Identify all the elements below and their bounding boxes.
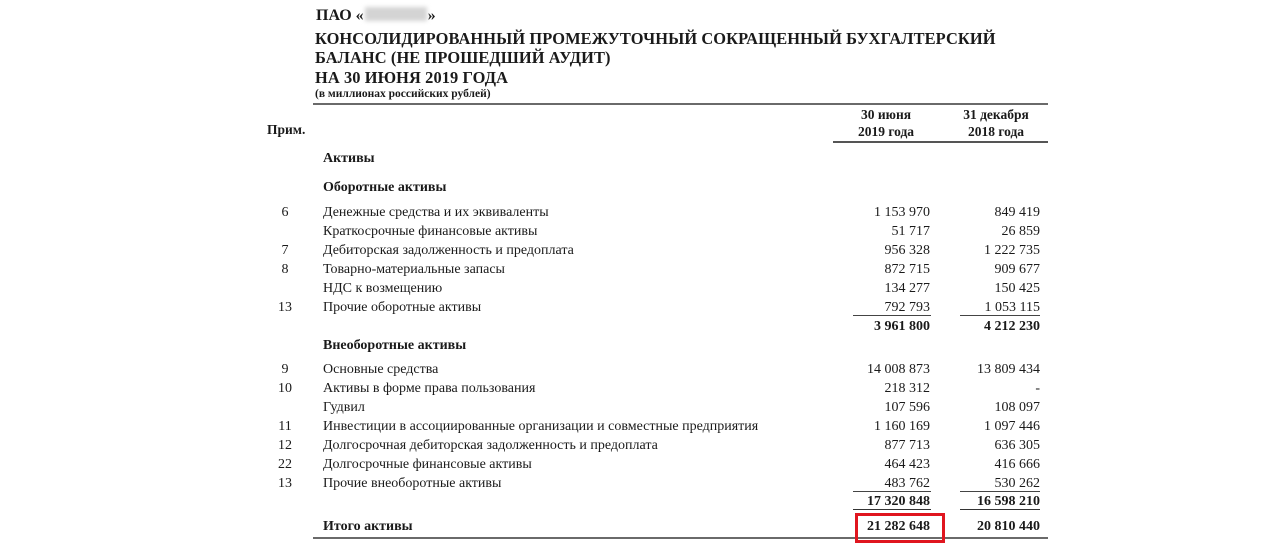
table-row: 8Товарно-материальные запасы872 715909 6… xyxy=(260,260,1060,279)
table-row: 7Дебиторская задолженность и предоплата9… xyxy=(260,241,1060,260)
note-number: 12 xyxy=(260,436,310,455)
table-row: 6Денежные средства и их эквиваленты1 153… xyxy=(260,203,1060,222)
value-jun-2019: 134 277 xyxy=(840,279,930,298)
table-row: 9Основные средства14 008 87313 809 434 xyxy=(260,360,1060,379)
value-jun-2019: 1 153 970 xyxy=(840,203,930,222)
note-number: 7 xyxy=(260,241,310,260)
subtotal-row: 3 961 8004 212 230 xyxy=(260,317,1060,336)
note-number: 6 xyxy=(260,203,310,222)
row-label: Денежные средства и их эквиваленты xyxy=(323,203,549,222)
value-dec-2018: 1 097 446 xyxy=(950,417,1040,436)
value-jun-2019: 464 423 xyxy=(840,455,930,474)
row-label: Итого активы xyxy=(323,517,413,536)
value-dec-2018: 636 305 xyxy=(950,436,1040,455)
table-row: 13Прочие оборотные активы792 7931 053 11… xyxy=(260,298,1060,317)
value-jun-2019: 14 008 873 xyxy=(840,360,930,379)
row-label: Прочие внеоборотные активы xyxy=(323,474,501,493)
row-label: Оборотные активы xyxy=(323,178,446,197)
row-label: Долгосрочные финансовые активы xyxy=(323,455,532,474)
row-label: Инвестиции в ассоциированные организации… xyxy=(323,417,758,436)
report-title-line-2: БАЛАНС (НЕ ПРОШЕДШИЙ АУДИТ) xyxy=(315,48,611,68)
note-number: 9 xyxy=(260,360,310,379)
note-number: 8 xyxy=(260,260,310,279)
row-label: Внеоборотные активы xyxy=(323,336,466,355)
value-jun-2019: 3 961 800 xyxy=(840,317,930,336)
value-dec-2018: 20 810 440 xyxy=(950,517,1040,536)
report-title-line-3: НА 30 ИЮНЯ 2019 ГОДА xyxy=(315,68,508,88)
note-number: 10 xyxy=(260,379,310,398)
value-dec-2018: 849 419 xyxy=(950,203,1040,222)
section-heading-row: Внеоборотные активы xyxy=(260,336,1060,355)
row-label: Дебиторская задолженность и предоплата xyxy=(323,241,574,260)
table-row: Гудвил107 596108 097 xyxy=(260,398,1060,417)
table-row: 10Активы в форме права пользования218 31… xyxy=(260,379,1060,398)
company-name: ПАО «» xyxy=(316,7,436,25)
row-label: Прочие оборотные активы xyxy=(323,298,481,317)
total-underline xyxy=(853,509,931,510)
row-label: Товарно-материальные запасы xyxy=(323,260,505,279)
row-label: Основные средства xyxy=(323,360,438,379)
note-column-header: Прим. xyxy=(267,122,305,138)
column-header-line1: 30 июня xyxy=(831,106,941,123)
total-underline xyxy=(960,509,1040,510)
value-jun-2019: 956 328 xyxy=(840,241,930,260)
value-dec-2018: 1 222 735 xyxy=(950,241,1040,260)
value-jun-2019: 872 715 xyxy=(840,260,930,279)
table-row: НДС к возмещению134 277150 425 xyxy=(260,279,1060,298)
company-prefix: ПАО « xyxy=(316,7,364,24)
value-jun-2019: 877 713 xyxy=(840,436,930,455)
value-jun-2019: 1 160 169 xyxy=(840,417,930,436)
note-number: 22 xyxy=(260,455,310,474)
table-row: 12Долгосрочная дебиторская задолженность… xyxy=(260,436,1060,455)
subtotal-row: 17 320 84816 598 210 xyxy=(260,492,1060,511)
redacted-company-name xyxy=(365,7,427,21)
table-row: 11Инвестиции в ассоциированные организац… xyxy=(260,417,1060,436)
value-jun-2019: 51 717 xyxy=(840,222,930,241)
value-dec-2018: 416 666 xyxy=(950,455,1040,474)
highlight-box xyxy=(855,513,945,543)
column-underline xyxy=(853,315,931,316)
row-label: Активы в форме права пользования xyxy=(323,379,535,398)
note-number: 13 xyxy=(260,474,310,493)
column-header-line2: 2018 года xyxy=(941,123,1051,140)
header-rule xyxy=(833,141,1048,143)
section-heading-row: Активы xyxy=(260,149,1060,168)
column-header-line1: 31 декабря xyxy=(941,106,1051,123)
report-title-line-1: КОНСОЛИДИРОВАННЫЙ ПРОМЕЖУТОЧНЫЙ СОКРАЩЕН… xyxy=(315,29,996,49)
section-heading-row: Оборотные активы xyxy=(260,178,1060,197)
units-note: (в миллионах российских рублей) xyxy=(315,88,491,100)
company-suffix: » xyxy=(428,7,436,24)
value-dec-2018: - xyxy=(950,379,1040,398)
column-header-dec-2018: 31 декабря 2018 года xyxy=(941,106,1051,140)
note-number: 11 xyxy=(260,417,310,436)
table-row: 22Долгосрочные финансовые активы464 4234… xyxy=(260,455,1060,474)
column-header-jun-2019: 30 июня 2019 года xyxy=(831,106,941,140)
value-dec-2018: 150 425 xyxy=(950,279,1040,298)
column-underline xyxy=(960,315,1040,316)
value-jun-2019: 107 596 xyxy=(840,398,930,417)
row-label: НДС к возмещению xyxy=(323,279,442,298)
row-label: Активы xyxy=(323,149,375,168)
row-label: Долгосрочная дебиторская задолженность и… xyxy=(323,436,658,455)
value-dec-2018: 909 677 xyxy=(950,260,1040,279)
value-dec-2018: 4 212 230 xyxy=(950,317,1040,336)
table-row: Краткосрочные финансовые активы51 71726 … xyxy=(260,222,1060,241)
value-dec-2018: 26 859 xyxy=(950,222,1040,241)
table-row: 13Прочие внеоборотные активы483 762530 2… xyxy=(260,474,1060,493)
value-dec-2018: 108 097 xyxy=(950,398,1040,417)
value-dec-2018: 13 809 434 xyxy=(950,360,1040,379)
value-jun-2019: 218 312 xyxy=(840,379,930,398)
column-header-line2: 2019 года xyxy=(831,123,941,140)
row-label: Гудвил xyxy=(323,398,365,417)
note-number: 13 xyxy=(260,298,310,317)
top-rule xyxy=(313,103,1048,105)
row-label: Краткосрочные финансовые активы xyxy=(323,222,537,241)
